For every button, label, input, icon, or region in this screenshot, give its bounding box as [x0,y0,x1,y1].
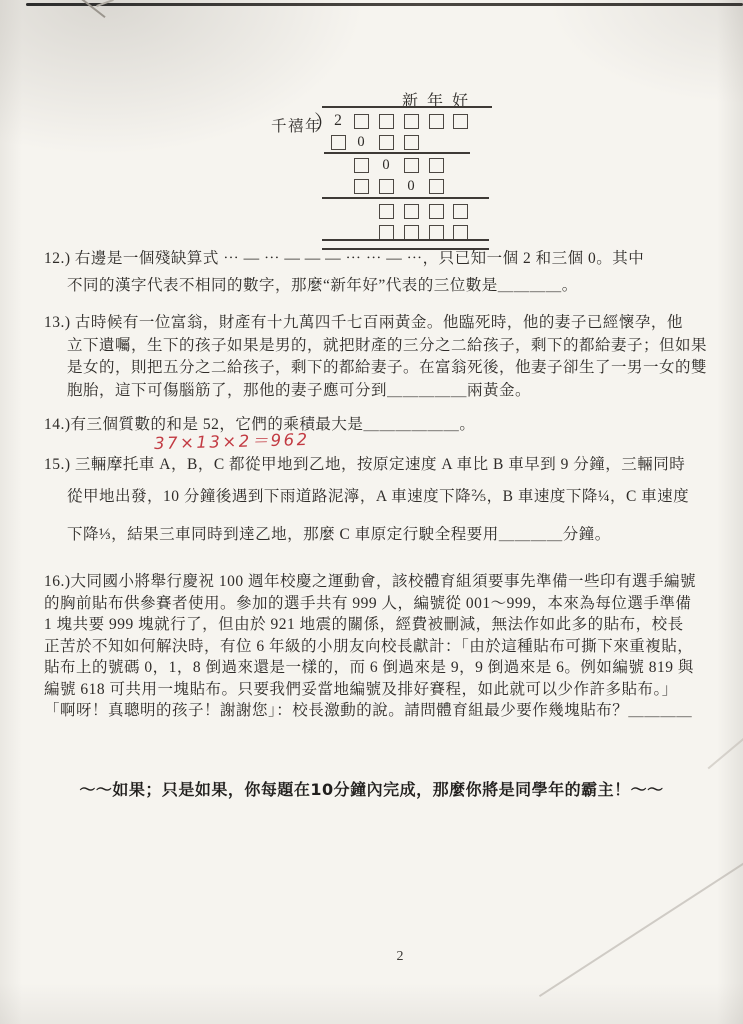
digit-box [429,225,444,240]
problem-15: 15.) 三輛摩托車 A，B，C 都從甲地到乙地，按原定速度 A 車比 B 車早… [44,452,714,542]
dividend-lead-digit: 2 [330,112,346,130]
problem-15-line: 下降⅓，結果三車同時到達乙地，那麼 C 車原定行駛全程要用＿＿＿＿分鐘。 [67,522,611,544]
digit-box [354,179,369,194]
problem-13-line: 胞胎，這下可傷腦筋了，那他的妻子應可分到＿＿＿＿＿兩黃金。 [67,380,714,403]
digit-box [379,179,394,194]
digit-box [404,204,419,219]
zero-digit: 0 [378,157,394,174]
problem-14-line: 14.)有三個質數的和是 52，它們的乘積最大是＿＿＿＿＿＿。 [44,414,714,436]
handwritten-answer-note: 37×13×2＝962 [154,426,310,454]
zero-digit: 0 [403,178,419,195]
digit-box [354,158,369,173]
problem-13-line: 立下遺囑，生下的孩子如果是男的，就把財產的三分之二給孩子，剩下的都給妻子；但如果 [67,335,714,358]
digit-box [429,114,444,129]
digit-box [453,114,468,129]
paper-crease [539,854,743,997]
problem-16-line: 16.)大同國小將舉行慶祝 100 週年校慶之運動會，該校體育組須要事先準備一些… [44,571,714,593]
problem-15-line: 15.) 三輛摩托車 A，B，C 都從甲地到乙地，按原定速度 A 車比 B 車早… [44,452,685,474]
problem-13: 13.) 古時候有一位富翁，財產有十九萬四千七百兩黃金。他臨死時，他的妻子已經懷… [44,312,714,402]
digit-box [331,135,346,150]
digit-box [379,135,394,150]
division-line [322,197,489,199]
page-number: 2 [340,949,460,965]
digit-box [453,204,468,219]
paper-crease [708,723,743,770]
digit-box [429,204,444,219]
digit-box [404,158,419,173]
problem-16-line: 貼布上的號碼 0，1，8 倒過來還是一樣的，而 6 倒過來是 9，9 倒過來是 … [44,657,714,679]
problem-16-line: 編號 618 可共用一塊貼布。只要我們妥當地編號及排好賽程，如此就可以少作許多貼… [44,679,714,701]
problem-15-line: 從甲地出發，10 分鐘後遇到下雨道路泥濘，A 車速度下降⅖，B 車速度下降¼，C… [67,484,689,506]
digit-box [404,114,419,129]
problem-13-line: 13.) 古時候有一位富翁，財產有十九萬四千七百兩黃金。他臨死時，他的妻子已經懷… [44,312,714,335]
problem-12-line: 不同的漢字代表不相同的數字，那麼“新年好”代表的三位數是＿＿＿＿。 [67,272,714,299]
digit-box [404,135,419,150]
problem-16-line: 正苦於不知如何解決時，有位 6 年級的小朋友向校長獻計：「由於這種貼布可撕下來重… [44,636,714,658]
digit-box [379,114,394,129]
division-puzzle-diagram: 新 年 好 千禧年 ） 2 0 0 0 [0,0,743,260]
digit-box [429,179,444,194]
problem-12-line: 12.) 右邊是一個殘缺算式 ⋯ — ⋯ — — — ⋯ ⋯ — ⋯，只已知一個… [44,245,714,272]
digit-box [379,225,394,240]
problem-16-line: 的胸前貼布供參賽者使用。參加的選手共有 999 人，編號從 001～999，本來… [44,593,714,615]
division-vinculum [322,106,492,108]
problem-14: 14.)有三個質數的和是 52，它們的乘積最大是＿＿＿＿＿＿。 [44,414,714,436]
digit-box [354,114,369,129]
zero-digit: 0 [353,134,369,151]
motivational-slogan: ～～如果；只是如果，你每題在10分鐘內完成，那麼你將是同學年的霸主！～～ [0,777,743,800]
problem-13-line: 是女的，則把五分之二給孩子，剩下的都給妻子。在富翁死後，他妻子卻生了一男一女的雙 [67,357,714,380]
digit-box [429,158,444,173]
division-line [324,152,470,154]
problem-16: 16.)大同國小將舉行慶祝 100 週年校慶之運動會，該校體育組須要事先準備一些… [44,571,714,722]
digit-box [379,204,394,219]
digit-box [404,225,419,240]
problem-16-line: 1 塊共要 999 塊就行了，但由於 921 地震的關係，經費被刪減，無法作如此… [44,614,714,636]
scanned-worksheet-page: 新 年 好 千禧年 ） 2 0 0 0 [0,0,743,1024]
digit-box [453,225,468,240]
problem-12: 12.) 右邊是一個殘缺算式 ⋯ — ⋯ — — — ⋯ ⋯ — ⋯，只已知一個… [44,245,714,299]
problem-16-line: 「啊呀！真聰明的孩子！謝謝您」：校長激動的說。請問體育組最少要作幾塊貼布？＿＿＿… [44,700,714,722]
